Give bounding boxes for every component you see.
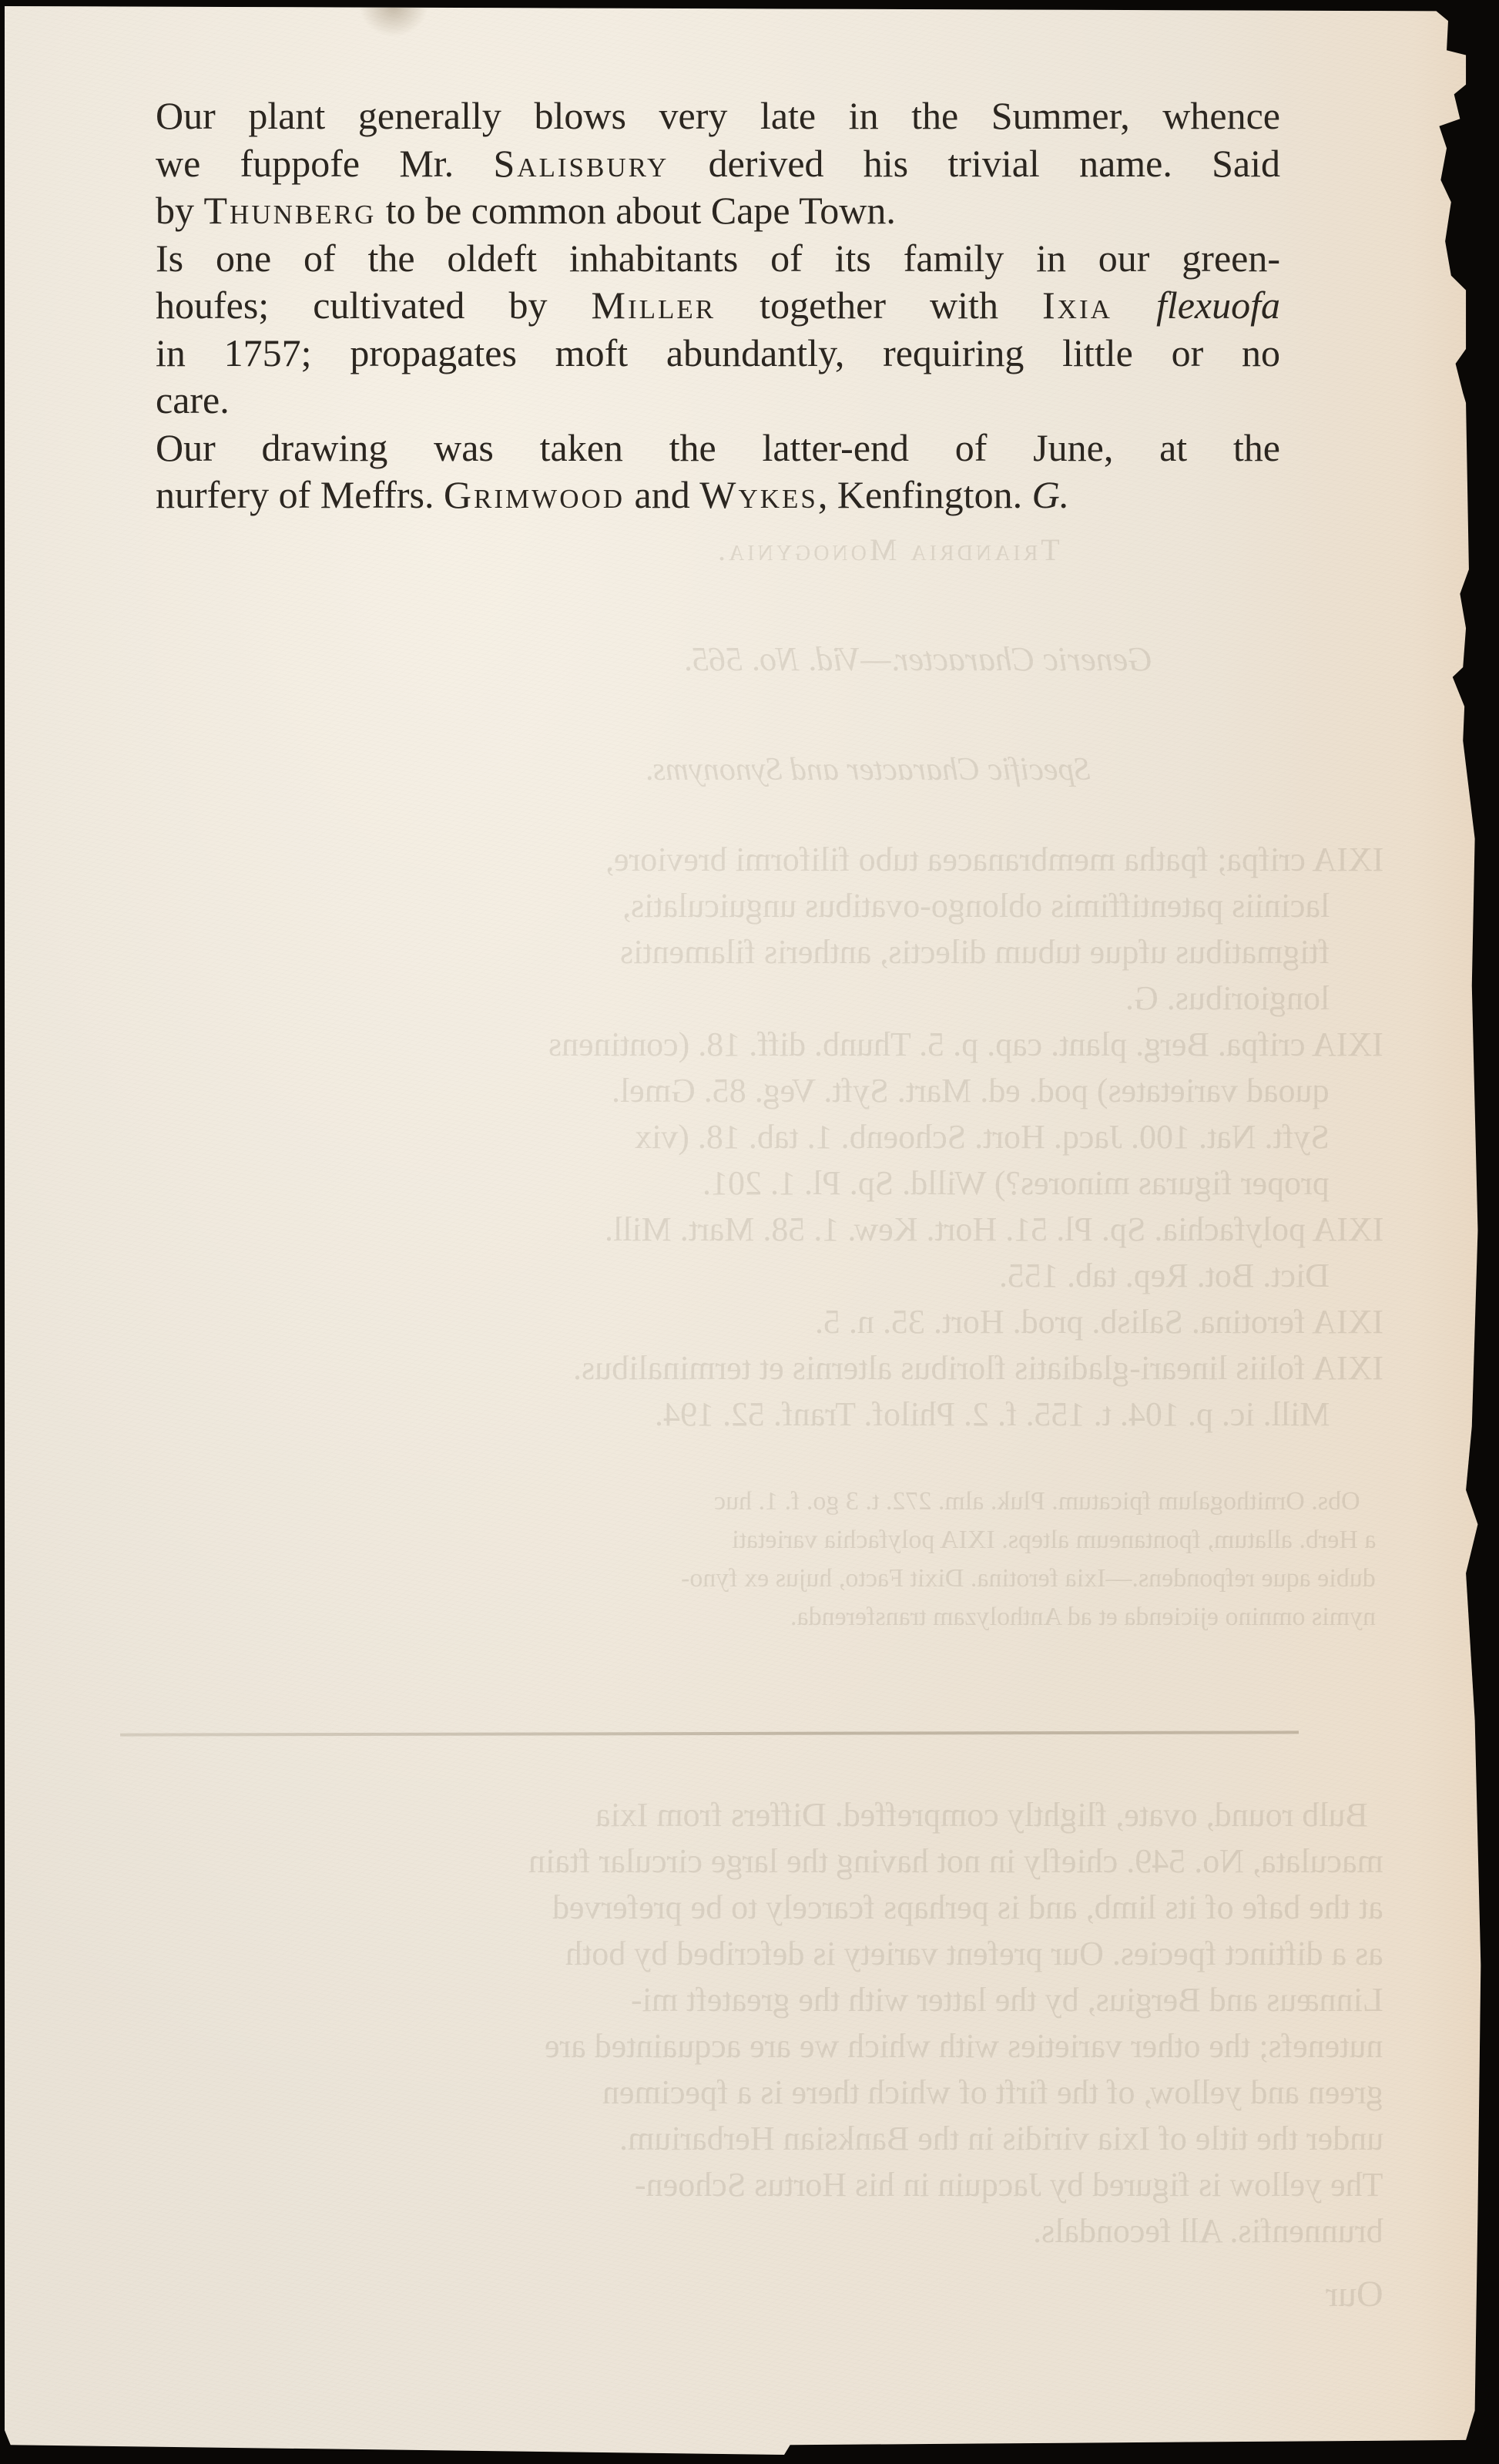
- bleed-through-line: quoad varietates) pod. ed. Mart. Syft. V…: [612, 1071, 1330, 1110]
- bleed-through-line: IXIA crifpa; fpatha membranacea tubo fil…: [605, 840, 1383, 879]
- bleed-through-line: proper figuras minores?) Willd. Sp. Pl. …: [703, 1163, 1330, 1203]
- bleed-through-line: at the bafe of its limb, and is perhaps …: [552, 1888, 1383, 1927]
- text-run: derived his trivial name. Said: [669, 142, 1280, 185]
- bleed-through-line: longioribus. G.: [1125, 979, 1330, 1018]
- bleed-through-line: IXIA foliis lineari-gladiatis floribus a…: [573, 1348, 1383, 1388]
- proper-name: Grimwood: [444, 473, 625, 516]
- text-run: Our drawing was taken the latter-end of …: [156, 426, 1280, 469]
- proper-name: Ixia: [1042, 284, 1112, 327]
- bleed-through-line: Syft. Nat. 100. Jacq. Hort. Schoenb. 1. …: [635, 1117, 1330, 1156]
- proper-name: Thunberg: [204, 189, 377, 232]
- bleed-through-line: brunnenfis. All fecondals.: [1033, 2211, 1383, 2251]
- book-page: Triandria Monogynia.Generic Character.—V…: [5, 6, 1487, 2455]
- bleed-through-line: ftigmatibus ufque tubum dilectis, anther…: [620, 932, 1330, 972]
- bleed-through-line: as a diftinct fpecies. Our prefent varie…: [565, 1934, 1383, 1973]
- bleed-through-line: Specific Character and Synonyms.: [645, 751, 1091, 788]
- bleed-through-line: Generic Character.—Vid. No. 565.: [683, 639, 1152, 679]
- bleed-through-line: a Herb. allatum, fpontaneum alteps. IXIA…: [732, 1526, 1376, 1555]
- bleed-through-line: maculata, No. 549. chiefly in not having…: [528, 1841, 1383, 1881]
- text-line: Our drawing was taken the latter-end of …: [111, 425, 1280, 472]
- text-line: care.: [111, 377, 1280, 425]
- text-line: Is one of the oldeft inhabitants of its …: [111, 235, 1280, 283]
- text-run: to be common about Cape Town.: [376, 189, 896, 232]
- bleed-through-line: The yellow is figured by Jacquin in his …: [635, 2165, 1383, 2204]
- bleed-through-line: Triandria Monogynia.: [715, 532, 1060, 568]
- bleed-through-line: Dict. Bot. Rep. tab. 155.: [999, 1256, 1330, 1295]
- paragraph: Our drawing was taken the latter-end of …: [111, 425, 1280, 519]
- proper-name: Wykes: [699, 473, 818, 516]
- proper-name: Salisbury: [493, 142, 669, 185]
- bleed-through-line: Linnæus and Bergius, by the latter with …: [631, 1980, 1383, 2019]
- text-run: together with: [716, 284, 1042, 327]
- text-line: in 1757; propagates moft abundantly, req…: [111, 330, 1280, 378]
- bleed-through-line: nutenefs; the other varieties with which…: [545, 2026, 1383, 2066]
- bleed-through-line: under the title of Ixia viridis in the B…: [619, 2119, 1383, 2158]
- bleed-through-line: Obs. Ornithogalum fpicatum. Pluk. alm. 2…: [714, 1487, 1360, 1516]
- text-line: Our plant generally blows very late in t…: [111, 92, 1280, 140]
- text-run: care.: [156, 378, 230, 421]
- text-line: by Thunberg to be common about Cape Town…: [111, 187, 1280, 235]
- bleed-through-line: Mill. ic. p. 104. t. 155. f. 2. Philof. …: [655, 1395, 1330, 1434]
- text-run: in 1757; propagates moft abundantly, req…: [156, 331, 1280, 374]
- text-run: and: [625, 473, 699, 516]
- paper-stain: [359, 6, 428, 37]
- body-text: Our plant generally blows very late in t…: [111, 92, 1280, 519]
- bleed-through-rule: [120, 1731, 1299, 1736]
- bleed-through-line: laciniis patentiffimis oblongo-ovatibus …: [622, 886, 1330, 925]
- proper-name: Miller: [592, 284, 716, 327]
- italic-term: G.: [1032, 473, 1070, 516]
- text-run: Our plant generally blows very late in t…: [156, 94, 1280, 137]
- text-run: [1112, 284, 1156, 327]
- bleed-through-line: green and yellow, of the firft of which …: [602, 2073, 1383, 2112]
- text-run: houfes; cultivated by: [156, 284, 592, 327]
- text-run: nurfery of Meffrs.: [156, 473, 444, 516]
- text-line: we fuppofe Mr. Salisbury derived his tri…: [111, 140, 1280, 188]
- paragraph: Is one of the oldeft inhabitants of its …: [111, 235, 1280, 425]
- italic-term: flexuofa: [1156, 284, 1280, 327]
- paragraph: Our plant generally blows very late in t…: [111, 92, 1280, 235]
- text-line: nurfery of Meffrs. Grimwood and Wykes, K…: [111, 472, 1280, 519]
- bleed-through-line: IXIA ferotina. Salisb. prod. Hort. 35. n…: [815, 1302, 1383, 1341]
- bleed-through-line: dubie aque refpondens.—Ixia ferotina. Di…: [681, 1564, 1376, 1593]
- bleed-through-line: IXIA polyfachia. Sp. Pl. 51. Hort. Kew. …: [605, 1210, 1383, 1249]
- bleed-through-line: Our: [1326, 2273, 1383, 2315]
- bleed-through-line: nymis omnino ejicienda et ad Antholyzam …: [790, 1603, 1376, 1632]
- bleed-through-line: Bulb round, ovate, flightly compreffed. …: [595, 1795, 1368, 1835]
- text-run: by: [156, 189, 204, 232]
- text-run: we fuppofe Mr.: [156, 142, 493, 185]
- text-run: Is one of the oldeft inhabitants of its …: [156, 237, 1280, 280]
- text-run: , Kenfington.: [818, 473, 1032, 516]
- bleed-through-line: IXIA crifpa. Berg. plant. cap. p. 5. Thu…: [548, 1025, 1383, 1064]
- text-line: houfes; cultivated by Miller together wi…: [111, 282, 1280, 330]
